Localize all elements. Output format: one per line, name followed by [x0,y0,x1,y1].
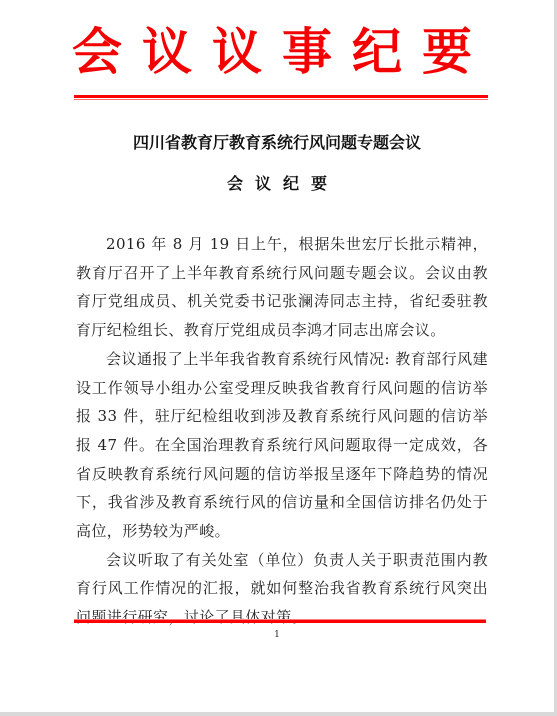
red-rule-bottom [74,620,486,623]
document-page: 会议议事纪要 四川省教育厅教育系统行风问题专题会议 会议纪要 2016 年 8 … [0,0,554,712]
paragraph: 会议通报了上半年我省教育系统行风情况: 教育部行风建设工作领导小组办公室受理反映… [76,345,488,546]
document-title: 四川省教育厅教育系统行风问题专题会议 [0,133,554,153]
document-body: 2016 年 8 月 19 日上午，根据朱世宏厅长批示精神，教育厅召开了上半年教… [76,230,488,632]
red-rule-top [74,95,488,98]
red-rule-top-thin [74,99,488,100]
document-subtitle: 会议纪要 [0,174,554,194]
page-number: 1 [0,630,554,640]
masthead-title: 会议议事纪要 [0,22,554,82]
paragraph: 2016 年 8 月 19 日上午，根据朱世宏厅长批示精神，教育厅召开了上半年教… [76,230,488,345]
